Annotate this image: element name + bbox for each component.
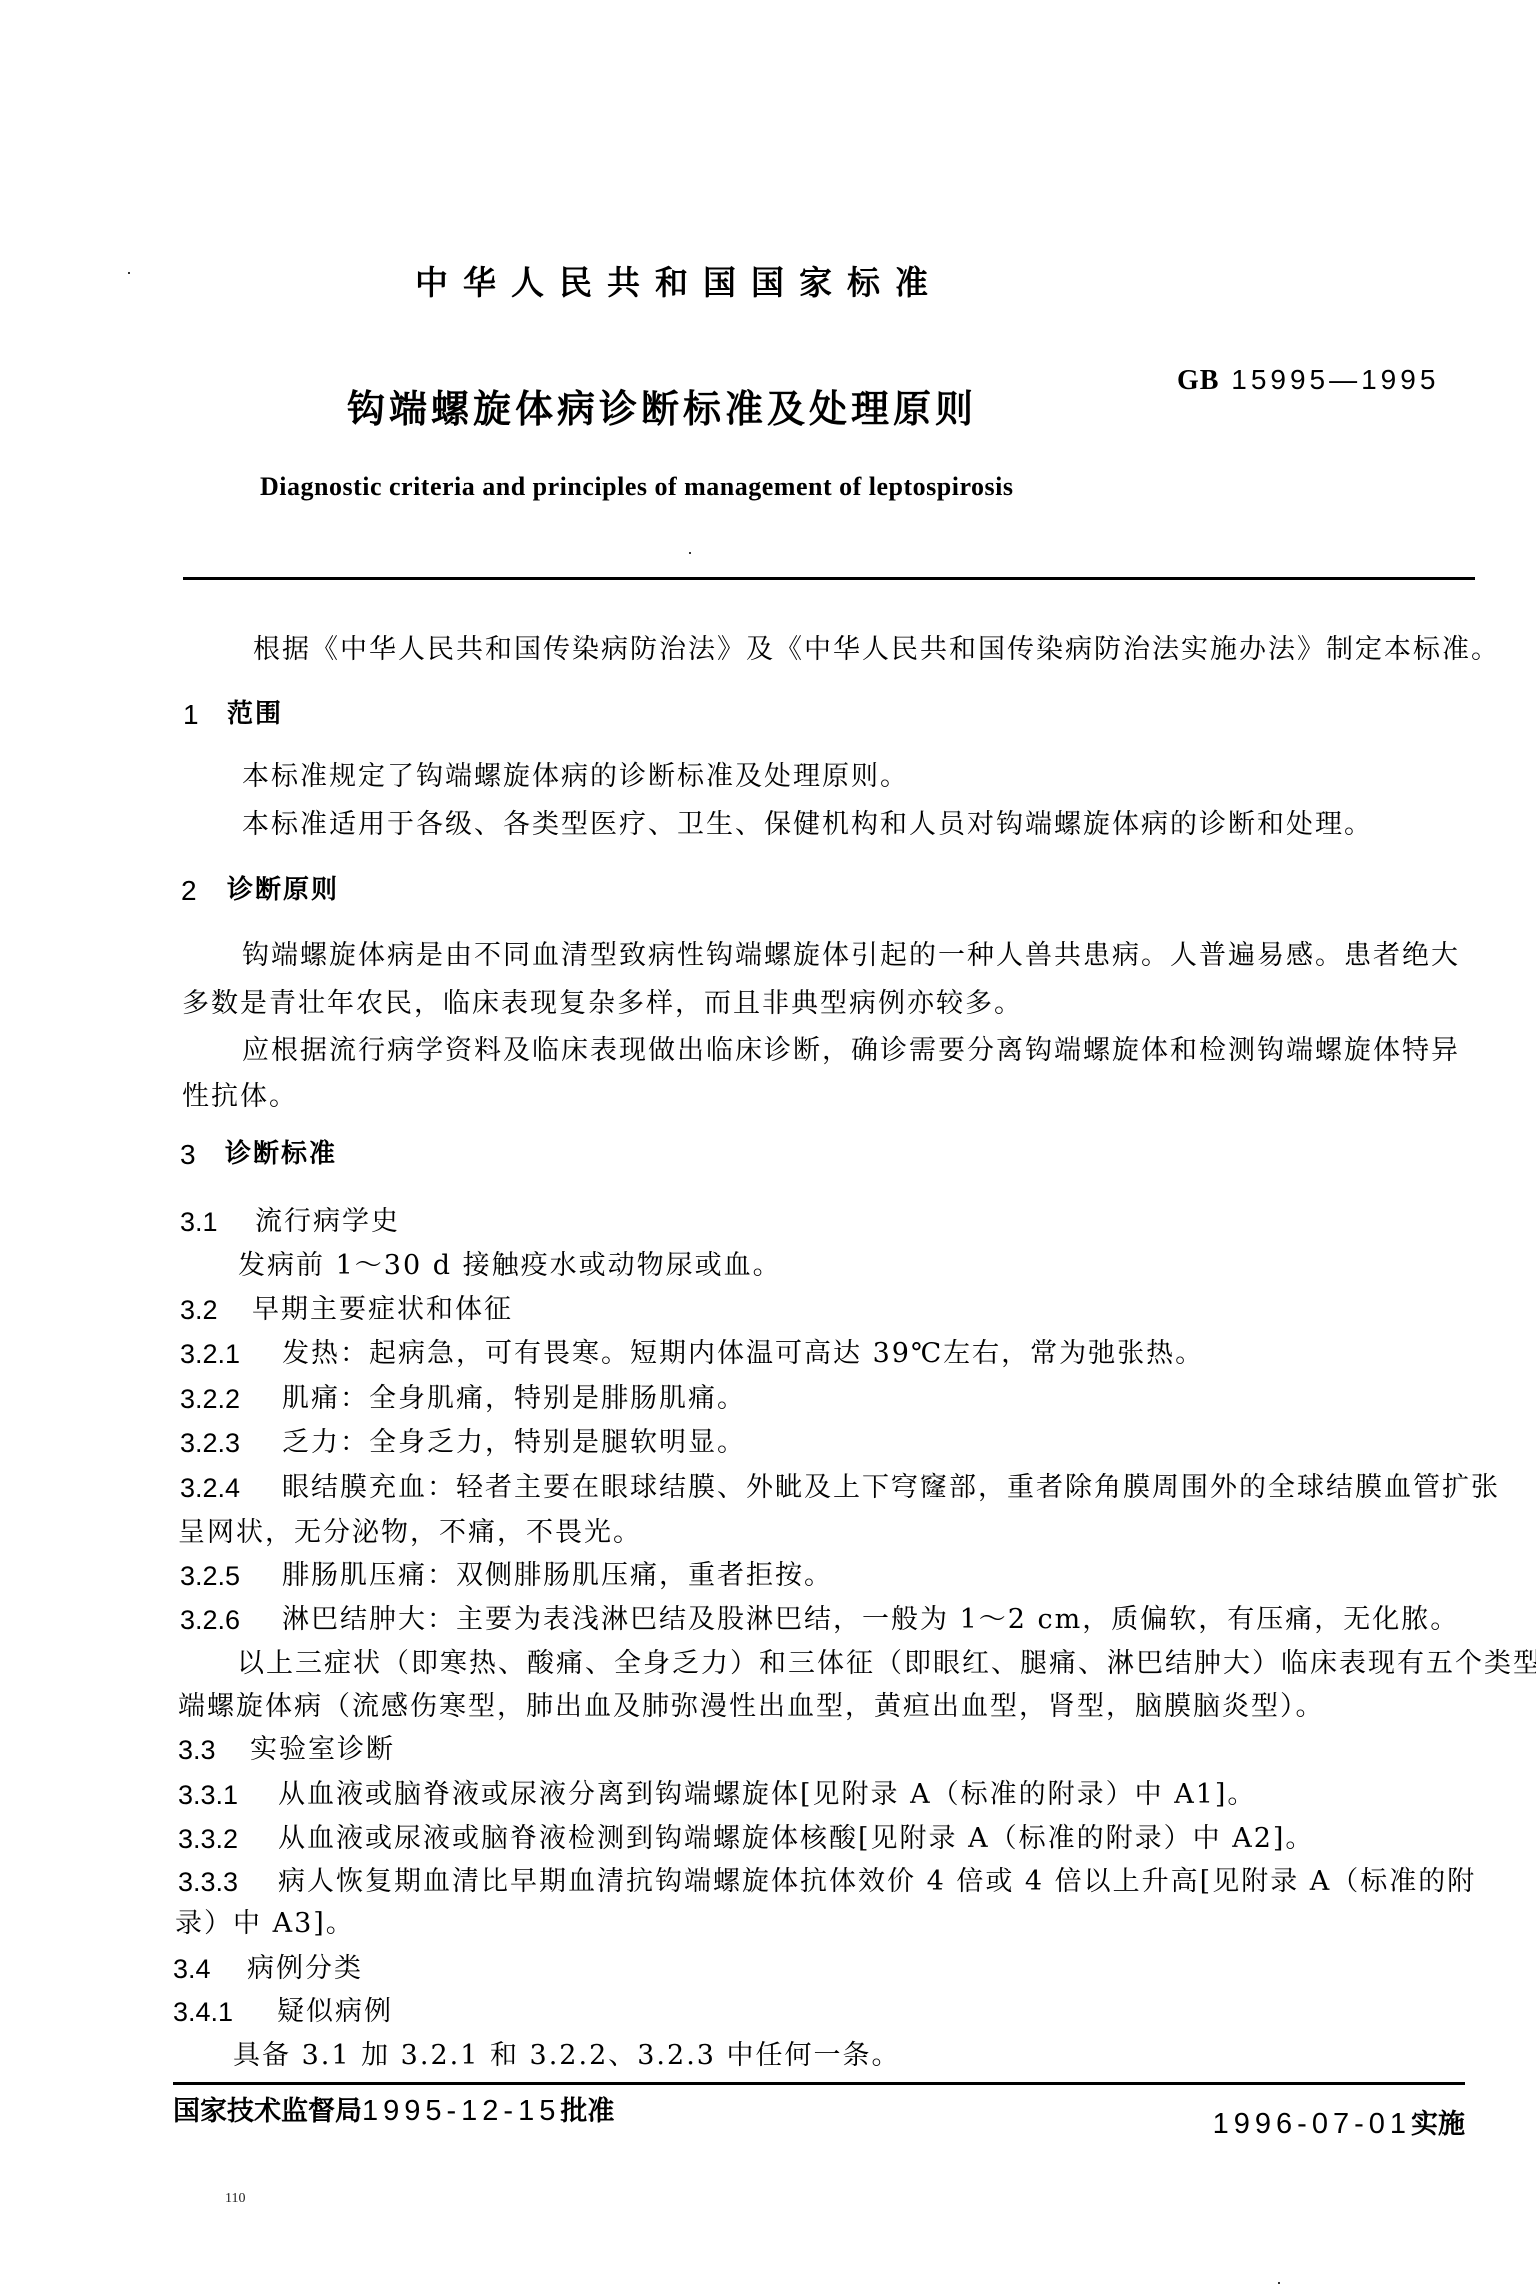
scan-speck — [128, 272, 130, 274]
section-2-paragraph-1-line-2: 多数是青壮年农民，临床表现复杂多样，而且非典型病例亦较多。 — [182, 990, 1023, 1017]
clause-3-4-1-title: 疑似病例 — [277, 1998, 393, 2025]
summary-line-2: 端螺旋体病（流感伤寒型，肺出血及肺弥漫性出血型，黄疸出血型，肾型，脑膜脑炎型）。 — [178, 1693, 1325, 1720]
clause-3-2-5-text: 腓肠肌压痛：双侧腓肠肌压痛，重者拒按。 — [282, 1562, 833, 1589]
clause-3-2-2-number: 3.2.2 — [180, 1386, 240, 1413]
clause-3-2-4-text: 眼结膜充血：轻者主要在眼球结膜、外眦及上下穹窿部，重者除角膜周围外的全球结膜血管… — [282, 1474, 1500, 1501]
standard-code-prefix: GB — [1177, 365, 1219, 396]
clause-3-3-1-text: 从血液或脑脊液或尿液分离到钩端螺旋体[见附录 A（标准的附录）中 A1]。 — [278, 1781, 1256, 1808]
clause-3-2-title: 早期主要症状和体征 — [252, 1296, 513, 1323]
clause-3-1-number: 3.1 — [180, 1209, 218, 1236]
clause-3-2-1-text: 发热：起病急，可有畏寒。短期内体温可高达 39℃左右，常为弛张热。 — [282, 1340, 1204, 1367]
section-1-paragraph-1: 本标准规定了钩端螺旋体病的诊断标准及处理原则。 — [242, 763, 909, 790]
effective-date: 1996-07-01 — [1213, 2108, 1411, 2140]
section-1-number: 1 — [183, 701, 199, 729]
clause-3-4-1-number: 3.4.1 — [173, 1999, 233, 2026]
clause-3-2-6-number: 3.2.6 — [180, 1607, 240, 1634]
clause-3-3-3-continuation: 录）中 A3]。 — [175, 1910, 355, 1937]
clause-3-3-title: 实验室诊断 — [250, 1736, 395, 1763]
header-divider — [183, 577, 1475, 580]
document-title-en: Diagnostic criteria and principles of ma… — [260, 474, 1013, 500]
document-title-cn: 钩端螺旋体病诊断标准及处理原则 — [347, 390, 977, 428]
page-number: 110 — [225, 2192, 245, 2206]
section-1-title: 范围 — [227, 701, 283, 727]
section-2-title: 诊断原则 — [227, 877, 339, 903]
footer-divider — [173, 2082, 1465, 2085]
approval-suffix: 批准 — [560, 2096, 614, 2127]
standard-code: GB 15995—1995 — [1177, 366, 1439, 395]
scan-speck — [689, 552, 691, 554]
standard-code-number: 15995—1995 — [1231, 364, 1439, 395]
approval-info: 国家技术监督局1995-12-15批准 — [173, 2097, 614, 2126]
clause-3-3-3-text: 病人恢复期血清比早期血清抗钩端螺旋体抗体效价 4 倍或 4 倍以上升高[见附录 … — [278, 1868, 1476, 1895]
clause-3-3-2-number: 3.3.2 — [178, 1826, 238, 1853]
section-2-paragraph-1-line-1: 钩端螺旋体病是由不同血清型致病性钩端螺旋体引起的一种人兽共患病。人普遍易感。患者… — [242, 942, 1460, 969]
clause-3-3-1-number: 3.3.1 — [178, 1782, 238, 1809]
clause-3-2-5-number: 3.2.5 — [180, 1563, 240, 1590]
summary-line-1: 以上三症状（即寒热、酸痛、全身乏力）和三体征（即眼红、腿痛、淋巴结肿大）临床表现… — [237, 1650, 1536, 1677]
section-2-paragraph-2-line-2: 性抗体。 — [182, 1083, 298, 1110]
approving-authority: 国家技术监督局 — [173, 2096, 362, 2127]
clause-3-2-6-text: 淋巴结肿大：主要为表浅淋巴结及股淋巴结，一般为 1～2 cm，质偏软，有压痛，无… — [282, 1606, 1459, 1633]
clause-3-3-3-number: 3.3.3 — [178, 1869, 238, 1896]
effective-info: 1996-07-01实施 — [1213, 2110, 1465, 2139]
section-2-number: 2 — [181, 877, 197, 905]
section-3-number: 3 — [180, 1141, 196, 1169]
section-2-paragraph-2-line-1: 应根据流行病学资料及临床表现做出临床诊断，确诊需要分离钩端螺旋体和检测钩端螺旋体… — [242, 1037, 1460, 1064]
section-1-paragraph-2: 本标准适用于各级、各类型医疗、卫生、保健机构和人员对钩端螺旋体病的诊断和处理。 — [242, 811, 1373, 838]
scan-speck — [1278, 2282, 1280, 2284]
clause-3-2-1-number: 3.2.1 — [180, 1341, 240, 1368]
clause-3-2-4-number: 3.2.4 — [180, 1475, 240, 1502]
clause-3-3-2-text: 从血液或尿液或脑脊液检测到钩端螺旋体核酸[见附录 A（标准的附录）中 A2]。 — [278, 1825, 1314, 1852]
clause-3-2-2-text: 肌痛：全身肌痛，特别是腓肠肌痛。 — [282, 1385, 746, 1412]
clause-3-4-number: 3.4 — [173, 1956, 211, 1983]
clause-3-2-number: 3.2 — [180, 1297, 218, 1324]
national-standard-heading: 中华人民共和国国家标准 — [415, 266, 943, 299]
clause-3-3-number: 3.3 — [178, 1737, 216, 1764]
preamble: 根据《中华人民共和国传染病防治法》及《中华人民共和国传染病防治法实施办法》制定本… — [253, 636, 1500, 663]
clause-3-1-text: 发病前 1～30 d 接触疫水或动物尿或血。 — [238, 1252, 782, 1279]
section-3-title: 诊断标准 — [225, 1141, 337, 1167]
effective-suffix: 实施 — [1411, 2109, 1465, 2140]
clause-3-2-4-continuation: 呈网状，无分泌物，不痛，不畏光。 — [178, 1519, 642, 1546]
clause-3-4-1-text: 具备 3.1 加 3.2.1 和 3.2.2、3.2.3 中任何一条。 — [233, 2042, 901, 2069]
clause-3-2-3-number: 3.2.3 — [180, 1430, 240, 1457]
clause-3-2-3-text: 乏力：全身乏力，特别是腿软明显。 — [282, 1429, 746, 1456]
approval-date: 1995-12-15 — [362, 2095, 560, 2127]
clause-3-4-title: 病例分类 — [247, 1955, 363, 1982]
clause-3-1-title: 流行病学史 — [255, 1208, 400, 1235]
